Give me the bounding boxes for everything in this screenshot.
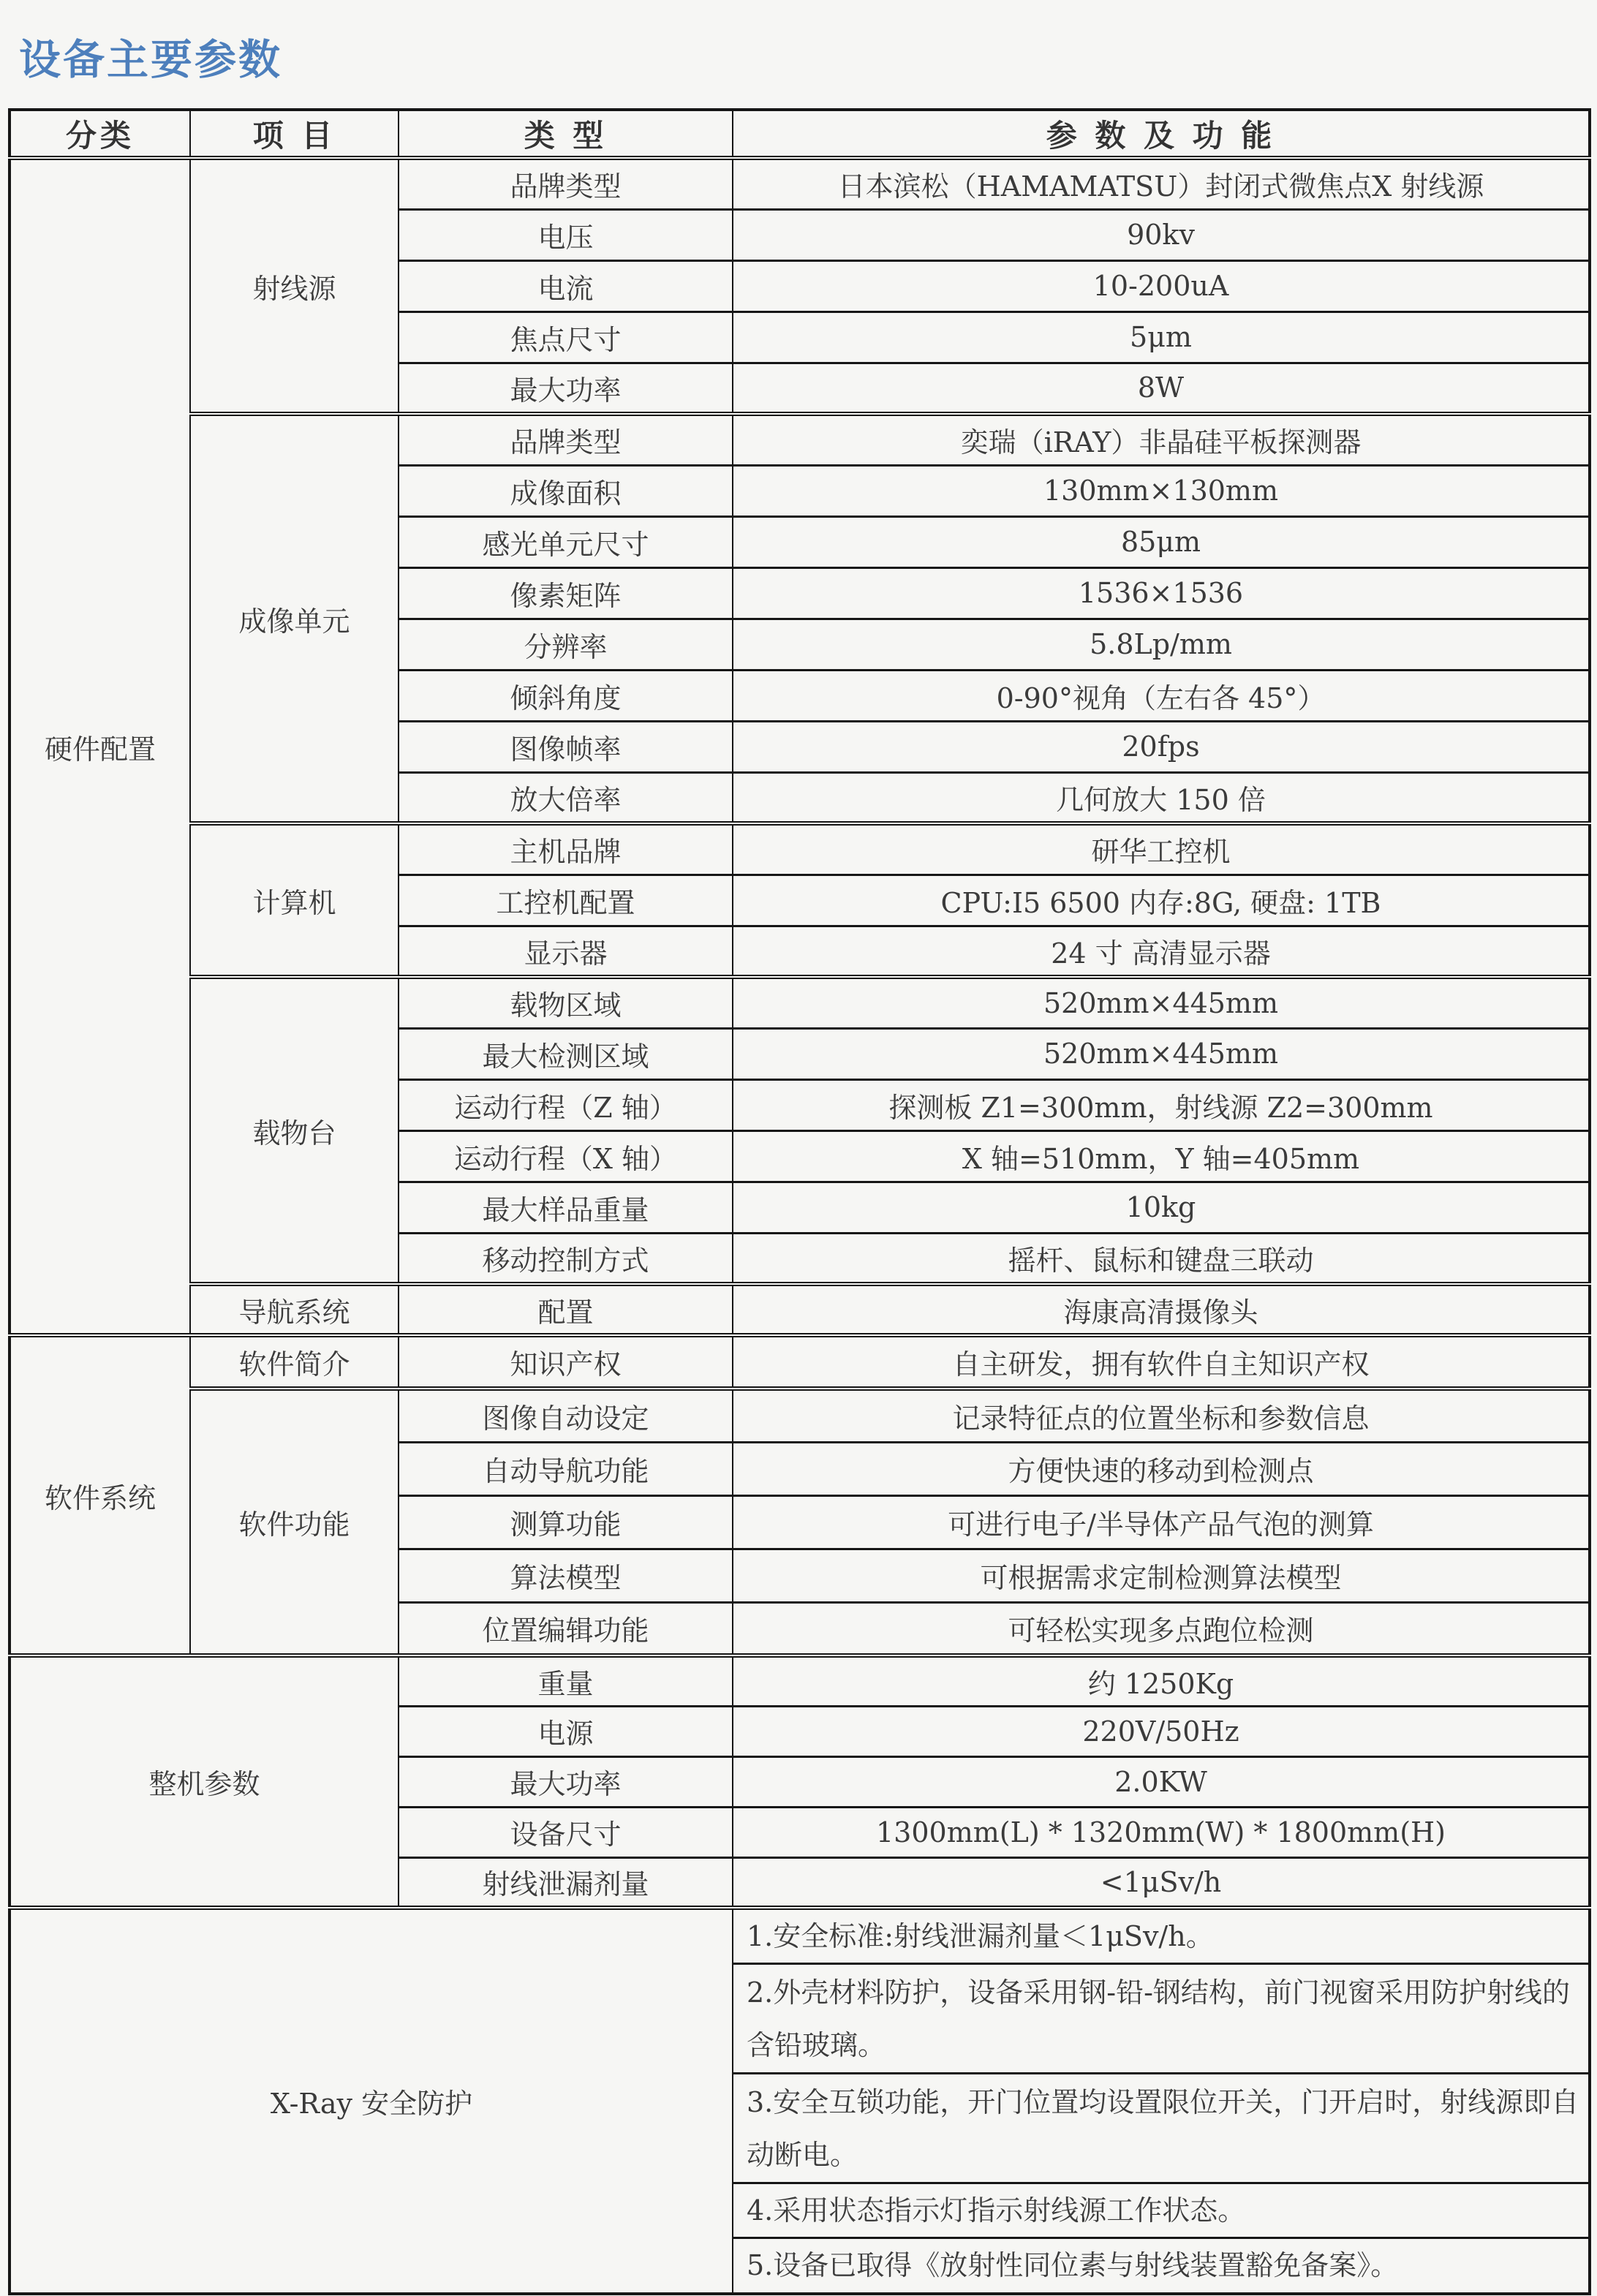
value-cell: 记录特征点的位置坐标和参数信息 [733, 1389, 1590, 1442]
header-cell-category: 分类 [10, 110, 190, 158]
type-cell: 测算功能 [399, 1495, 733, 1549]
value-cell: 研华工控机 [733, 823, 1590, 875]
value-cell: 5.8Lp/mm [733, 619, 1590, 670]
value-cell: 可轻松实现多点跑位检测 [733, 1602, 1590, 1655]
type-cell: 图像帧率 [399, 721, 733, 772]
value-cell: 自主研发，拥有软件自主知识产权 [733, 1335, 1590, 1389]
type-cell: 品牌类型 [399, 158, 733, 209]
group-cell-computer: 计算机 [190, 823, 399, 977]
group-cell-software-functions: 软件功能 [190, 1389, 399, 1655]
value-cell: 奕瑞（iRAY）非晶硅平板探测器 [733, 414, 1590, 465]
type-cell: 移动控制方式 [399, 1233, 733, 1284]
type-cell: 设备尺寸 [399, 1807, 733, 1857]
type-cell: 自动导航功能 [399, 1442, 733, 1495]
type-cell: 显示器 [399, 926, 733, 977]
value-cell: 10-200uA [733, 260, 1590, 311]
type-cell: 重量 [399, 1655, 733, 1706]
type-cell: 主机品牌 [399, 823, 733, 875]
value-cell: 日本滨松（HAMAMATSU）封闭式微焦点X 射线源 [733, 158, 1590, 209]
value-cell: 8W [733, 363, 1590, 414]
category-cell-hardware: 硬件配置 [10, 158, 190, 1335]
value-cell: <1μSv/h [733, 1857, 1590, 1908]
type-cell: 电流 [399, 260, 733, 311]
type-cell: 成像面积 [399, 465, 733, 516]
value-cell: 海康高清摄像头 [733, 1284, 1590, 1335]
value-cell: 220V/50Hz [733, 1706, 1590, 1756]
table-row: 载物台 载物区域 520mm×445mm [10, 977, 1590, 1028]
value-cell: 1.安全标准:射线泄漏剂量＜1μSv/h。 [733, 1908, 1590, 1964]
type-cell: 最大功率 [399, 363, 733, 414]
table-row: 成像单元 品牌类型 奕瑞（iRAY）非晶硅平板探测器 [10, 414, 1590, 465]
table-row: X-Ray 安全防护 1.安全标准:射线泄漏剂量＜1μSv/h。 [10, 1908, 1590, 1964]
type-cell: 最大功率 [399, 1756, 733, 1807]
value-cell: 约 1250Kg [733, 1655, 1590, 1706]
table-row: 硬件配置 射线源 品牌类型 日本滨松（HAMAMATSU）封闭式微焦点X 射线源 [10, 158, 1590, 209]
value-cell: 方便快速的移动到检测点 [733, 1442, 1590, 1495]
value-cell: 5.设备已取得《放射性同位素与射线装置豁免备案》。 [733, 2238, 1590, 2294]
type-cell: 射线泄漏剂量 [399, 1857, 733, 1908]
value-cell: X 轴=510mm，Y 轴=405mm [733, 1130, 1590, 1182]
value-cell: CPU:I5 6500 内存:8G, 硬盘: 1TB [733, 875, 1590, 926]
group-cell-xray-source: 射线源 [190, 158, 399, 414]
page-title: 设备主要参数 [0, 0, 1597, 79]
table-row: 计算机 主机品牌 研华工控机 [10, 823, 1590, 875]
table-row: 软件系统 软件简介 知识产权 自主研发，拥有软件自主知识产权 [10, 1335, 1590, 1389]
category-cell-xray-safety: X-Ray 安全防护 [10, 1908, 733, 2294]
type-cell: 像素矩阵 [399, 567, 733, 619]
value-cell: 0-90°视角（左右各 45°） [733, 670, 1590, 721]
group-cell-stage: 载物台 [190, 977, 399, 1284]
value-cell: 130mm×130mm [733, 465, 1590, 516]
page: { "title": "设备主要参数", "colors": { "accent… [0, 0, 1597, 2296]
table-row: 软件功能 图像自动设定 记录特征点的位置坐标和参数信息 [10, 1389, 1590, 1442]
type-cell: 最大样品重量 [399, 1182, 733, 1233]
value-cell: 几何放大 150 倍 [733, 772, 1590, 823]
value-cell: 90kv [733, 209, 1590, 260]
value-cell: 10kg [733, 1182, 1590, 1233]
value-cell: 可根据需求定制检测算法模型 [733, 1549, 1590, 1602]
table-row: 整机参数 重量 约 1250Kg [10, 1655, 1590, 1706]
category-cell-machine: 整机参数 [10, 1655, 399, 1908]
value-cell: 2.0KW [733, 1756, 1590, 1807]
value-cell: 24 寸 高清显示器 [733, 926, 1590, 977]
type-cell: 载物区域 [399, 977, 733, 1028]
type-cell: 最大检测区域 [399, 1028, 733, 1079]
type-cell: 运动行程（Z 轴） [399, 1079, 733, 1130]
value-cell: 摇杆、鼠标和键盘三联动 [733, 1233, 1590, 1284]
group-cell-navigation: 导航系统 [190, 1284, 399, 1335]
type-cell: 工控机配置 [399, 875, 733, 926]
header-cell-type: 类 型 [399, 110, 733, 158]
category-cell-software: 软件系统 [10, 1335, 190, 1655]
type-cell: 放大倍率 [399, 772, 733, 823]
group-cell-imaging-unit: 成像单元 [190, 414, 399, 823]
header-cell-params: 参 数 及 功 能 [733, 110, 1590, 158]
group-cell-software-intro: 软件简介 [190, 1335, 399, 1389]
value-cell: 520mm×445mm [733, 1028, 1590, 1079]
value-cell: 3.安全互锁功能，开门位置均设置限位开关，门开启时，射线源即自动断电。 [733, 2074, 1590, 2183]
value-cell: 520mm×445mm [733, 977, 1590, 1028]
type-cell: 品牌类型 [399, 414, 733, 465]
value-cell: 可进行电子/半导体产品气泡的测算 [733, 1495, 1590, 1549]
header-cell-item: 项 目 [190, 110, 399, 158]
type-cell: 电压 [399, 209, 733, 260]
value-cell: 1536×1536 [733, 567, 1590, 619]
type-cell: 图像自动设定 [399, 1389, 733, 1442]
type-cell: 知识产权 [399, 1335, 733, 1389]
type-cell: 运动行程（X 轴） [399, 1130, 733, 1182]
type-cell: 感光单元尺寸 [399, 516, 733, 567]
value-cell: 5μm [733, 311, 1590, 363]
type-cell: 倾斜角度 [399, 670, 733, 721]
value-cell: 2.外壳材料防护，设备采用钢-铅-钢结构，前门视窗采用防护射线的含铅玻璃。 [733, 1964, 1590, 2074]
type-cell: 配置 [399, 1284, 733, 1335]
value-cell: 4.采用状态指示灯指示射线源工作状态。 [733, 2183, 1590, 2238]
value-cell: 1300mm(L) * 1320mm(W) * 1800mm(H) [733, 1807, 1590, 1857]
header-row: 分类 项 目 类 型 参 数 及 功 能 [10, 110, 1590, 158]
type-cell: 算法模型 [399, 1549, 733, 1602]
type-cell: 分辨率 [399, 619, 733, 670]
type-cell: 位置编辑功能 [399, 1602, 733, 1655]
value-cell: 85μm [733, 516, 1590, 567]
value-cell: 20fps [733, 721, 1590, 772]
spec-table: 分类 项 目 类 型 参 数 及 功 能 硬件配置 射线源 品牌类型 日本滨松（… [8, 108, 1591, 2295]
type-cell: 电源 [399, 1706, 733, 1756]
value-cell: 探测板 Z1=300mm，射线源 Z2=300mm [733, 1079, 1590, 1130]
type-cell: 焦点尺寸 [399, 311, 733, 363]
table-row: 导航系统 配置 海康高清摄像头 [10, 1284, 1590, 1335]
